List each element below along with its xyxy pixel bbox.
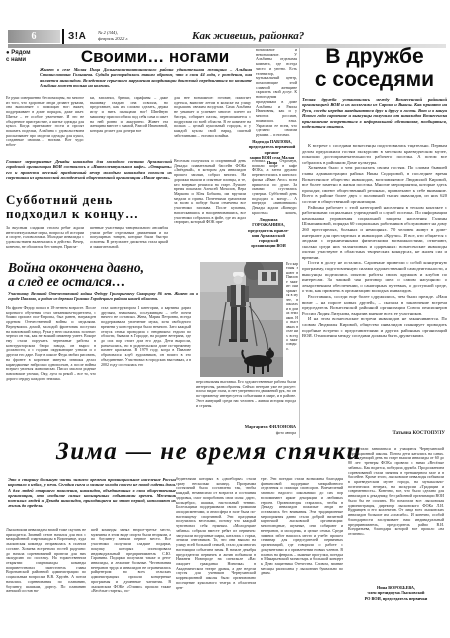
article3-lead: Участнику Великой Отечественной войны Фе… [8,291,198,304]
newspaper-page: 6 З!А № 2 (344), февраль 2022 г. Как жив… [0,0,450,638]
article1-column-2: ки, заплатки, брюки, сарафаны – даже выш… [90,96,168,157]
article1-column-1: Ее руки совершенно беспомощны, но многое… [6,96,84,157]
veteran-photo-illustration [200,262,283,377]
article5-paragraph: К встрече с соседями вознесенцы подготов… [302,143,447,165]
article4-column-1: Лысковским инвалидам зимой тоже скучать … [6,528,86,602]
article4-column-2: шей команды занял второе-третье место, м… [91,528,171,602]
photo-veteran-with-dog [200,262,283,377]
article1-column-4: возможное и невозможное. У Альбины отдел… [256,48,297,138]
article5-paragraph: И на этом вознесенские встречи инвалидов… [302,316,447,338]
article2-column-1: За вкусным сладким столом ребят ждали ин… [6,226,84,261]
article3-byline-name: Маргарита ФИЛОНОВА [196,424,296,429]
article2-title: Субботний день подходил к концу… [6,193,198,220]
issue-info: № 2 (344), февраль 2022 г. [98,30,148,41]
article5-paragraph: Расставаясь, соседи еще более сдружились… [302,294,447,316]
article4-signature: Нина ВОРОБЬЕВА, член президиума Лысковск… [348,585,444,601]
article3-strip-column: Его картины знают в Павлове многие: они … [286,262,298,376]
article2-column-3: Веселым получился и спортивный день Дека… [174,159,246,261]
article4-title: Зима — не время спячки [24,438,394,466]
article4-column-3: бедителями которых в «двоеборье» стали с… [176,477,256,602]
article5-paragraph: Гости в долгу не остались. Саровчане при… [302,260,447,294]
article4-lead: Это в старину большую часть зимнего врем… [8,477,176,525]
header-divider [62,29,64,44]
article2-column-4: готовил. Отдохнув, попили кофе в кафе ФО… [252,159,297,215]
newspaper-logo: З!А [68,31,86,42]
article5-paragraph: Хозяевам было о чем рассказать своим гос… [302,165,447,204]
article5-lead: Тесная дружба установилась между Вознесе… [302,97,447,140]
article5-paragraph: Районка работает с этой категорией насел… [302,205,447,261]
article4-column-4: тре. Эти поездки стали возможны благодар… [261,477,343,602]
article3-column-1: На фронт Федор попал в 18-летнем возраст… [6,306,96,442]
article2-signature: Людмила ГОРОЖАНИНА, председатель правле-… [240,217,297,249]
article3-title: Война окончена давно, а след ее остался… [8,261,223,289]
section-title: Как живешь, районка? [192,30,304,42]
article1-title: Своими… ногами [55,47,255,67]
article2-lead: Главное мероприятие Декады инвалидов для… [6,159,172,193]
page-number: 6 [8,30,60,43]
article1-column-3: для нее возможное: готовит, помогает оде… [174,96,251,157]
column-divider [299,48,300,438]
article5-body: К встрече с соседями вознесенцы подготов… [302,143,447,429]
article3-column-3: персональная выставка. Его художественны… [196,380,296,422]
article3-column-2: стал конструктором I категории, а картин… [101,306,191,442]
article1-lead: Живет в селе Малая Пица Дальнеконстантин… [40,67,252,94]
article4-column-5: тура стали заниматься и учащиеся Чернухи… [348,447,444,583]
article2-column-2: шенные участницы танцевального ансамбля … [90,226,168,261]
article5-title: В дружбе с соседями [302,46,447,91]
article3-byline-note: фото автора [196,430,296,435]
rubric-near-us: ● Рядом с нами [6,50,54,64]
article5-signature: Татьяна КОСТОПУЛУ [302,431,445,436]
